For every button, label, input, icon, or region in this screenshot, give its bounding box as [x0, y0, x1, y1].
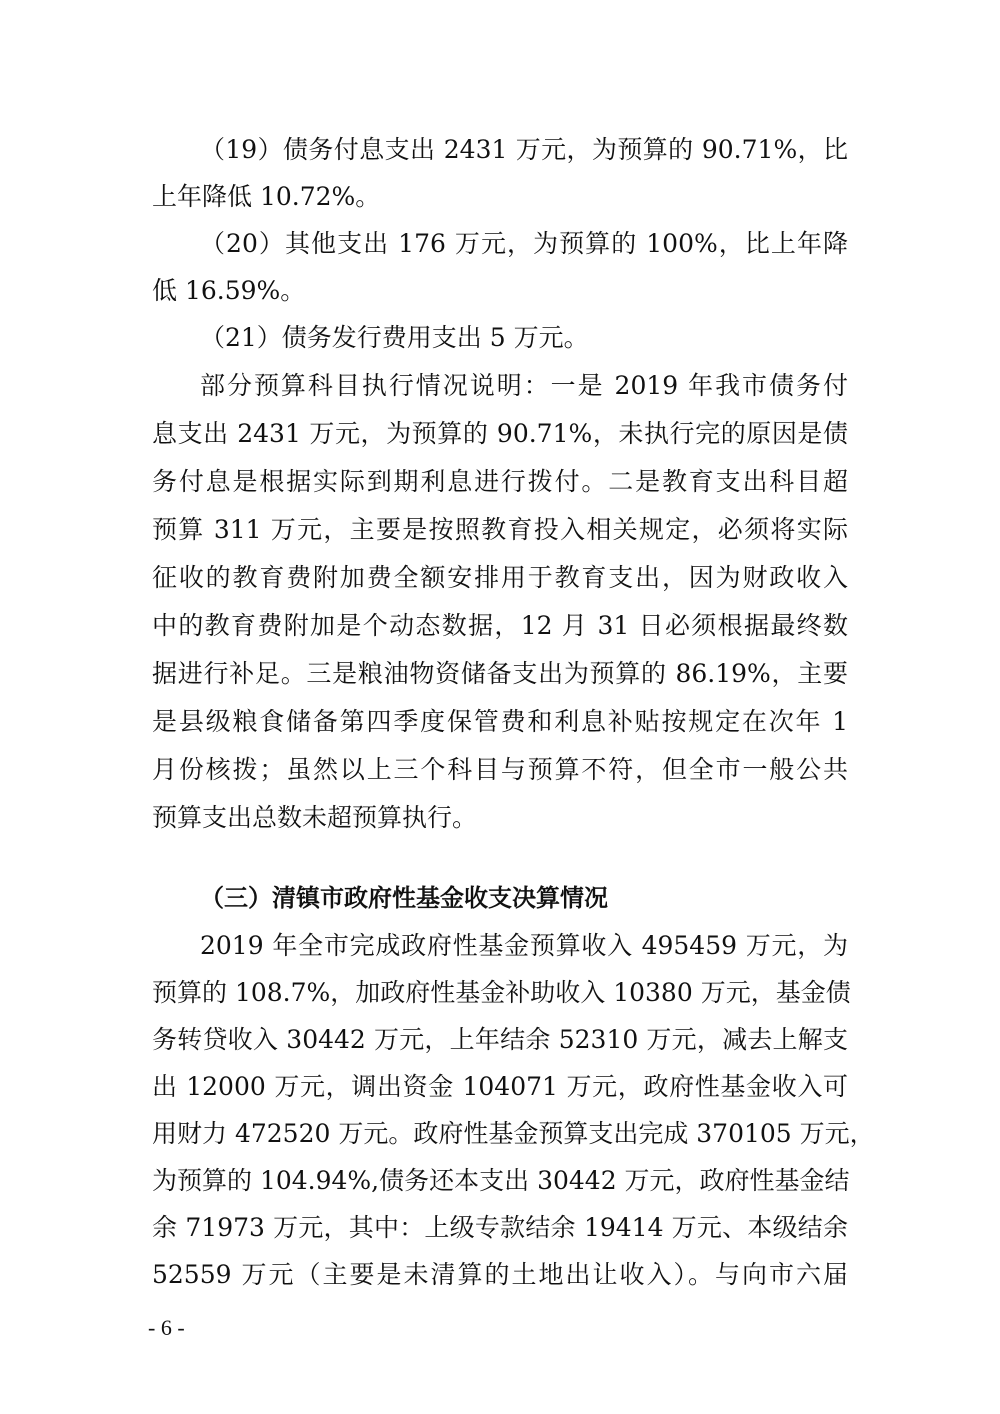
- paragraph-line: （20）其他支出 176 万元，为预算的 100%，比上年降: [200, 224, 848, 264]
- paragraph-line: 用财力 472520 万元。政府性基金预算支出完成 370105 万元，: [152, 1114, 848, 1154]
- paragraph-line: 务付息是根据实际到期利息进行拨付。二是教育支出科目超: [152, 462, 848, 502]
- paragraph-line: 低 16.59%。: [152, 271, 848, 311]
- paragraph-line: 2019 年全市完成政府性基金预算收入 495459 万元，为: [200, 926, 848, 966]
- paragraph-line: 上年降低 10.72%。: [152, 177, 848, 217]
- paragraph-line: 为预算的 104.94%,债务还本支出 30442 万元，政府性基金结: [152, 1161, 848, 1201]
- paragraph-line: 征收的教育费附加费全额安排用于教育支出，因为财政收入: [152, 558, 848, 598]
- paragraph-line: （19）债务付息支出 2431 万元，为预算的 90.71%，比: [200, 130, 848, 170]
- paragraph-line: 出 12000 万元，调出资金 104071 万元，政府性基金收入可: [152, 1067, 848, 1107]
- paragraph-line: 余 71973 万元，其中：上级专款结余 19414 万元、本级结余: [152, 1208, 848, 1248]
- section-heading: （三）清镇市政府性基金收支决算情况: [200, 878, 608, 918]
- paragraph-line: 中的教育费附加是个动态数据，12 月 31 日必须根据最终数: [152, 606, 848, 646]
- paragraph-line: 据进行补足。三是粮油物资储备支出为预算的 86.19%，主要: [152, 654, 848, 694]
- paragraph-line: 预算 311 万元，主要是按照教育投入相关规定，必须将实际: [152, 510, 848, 550]
- paragraph-line: 息支出 2431 万元，为预算的 90.71%，未执行完的原因是债: [152, 414, 848, 454]
- paragraph-line: 预算的 108.7%，加政府性基金补助收入 10380 万元，基金债: [152, 973, 848, 1013]
- paragraph-line: 预算支出总数未超预算执行。: [152, 798, 848, 838]
- page-number: - 6 -: [148, 1313, 185, 1343]
- paragraph-line: 月份核拨；虽然以上三个科目与预算不符，但全市一般公共: [152, 750, 848, 790]
- paragraph-line: 务转贷收入 30442 万元，上年结余 52310 万元，减去上解支: [152, 1020, 848, 1060]
- paragraph-line: 52559 万元（主要是未清算的土地出让收入）。与向市六届: [152, 1255, 848, 1295]
- paragraph-line: （21）债务发行费用支出 5 万元。: [200, 318, 848, 358]
- document-page: （19）债务付息支出 2431 万元，为预算的 90.71%，比 上年降低 10…: [0, 0, 1000, 1414]
- paragraph-line: 部分预算科目执行情况说明：一是 2019 年我市债务付: [200, 366, 848, 406]
- paragraph-line: 是县级粮食储备第四季度保管费和利息补贴按规定在次年 1: [152, 702, 848, 742]
